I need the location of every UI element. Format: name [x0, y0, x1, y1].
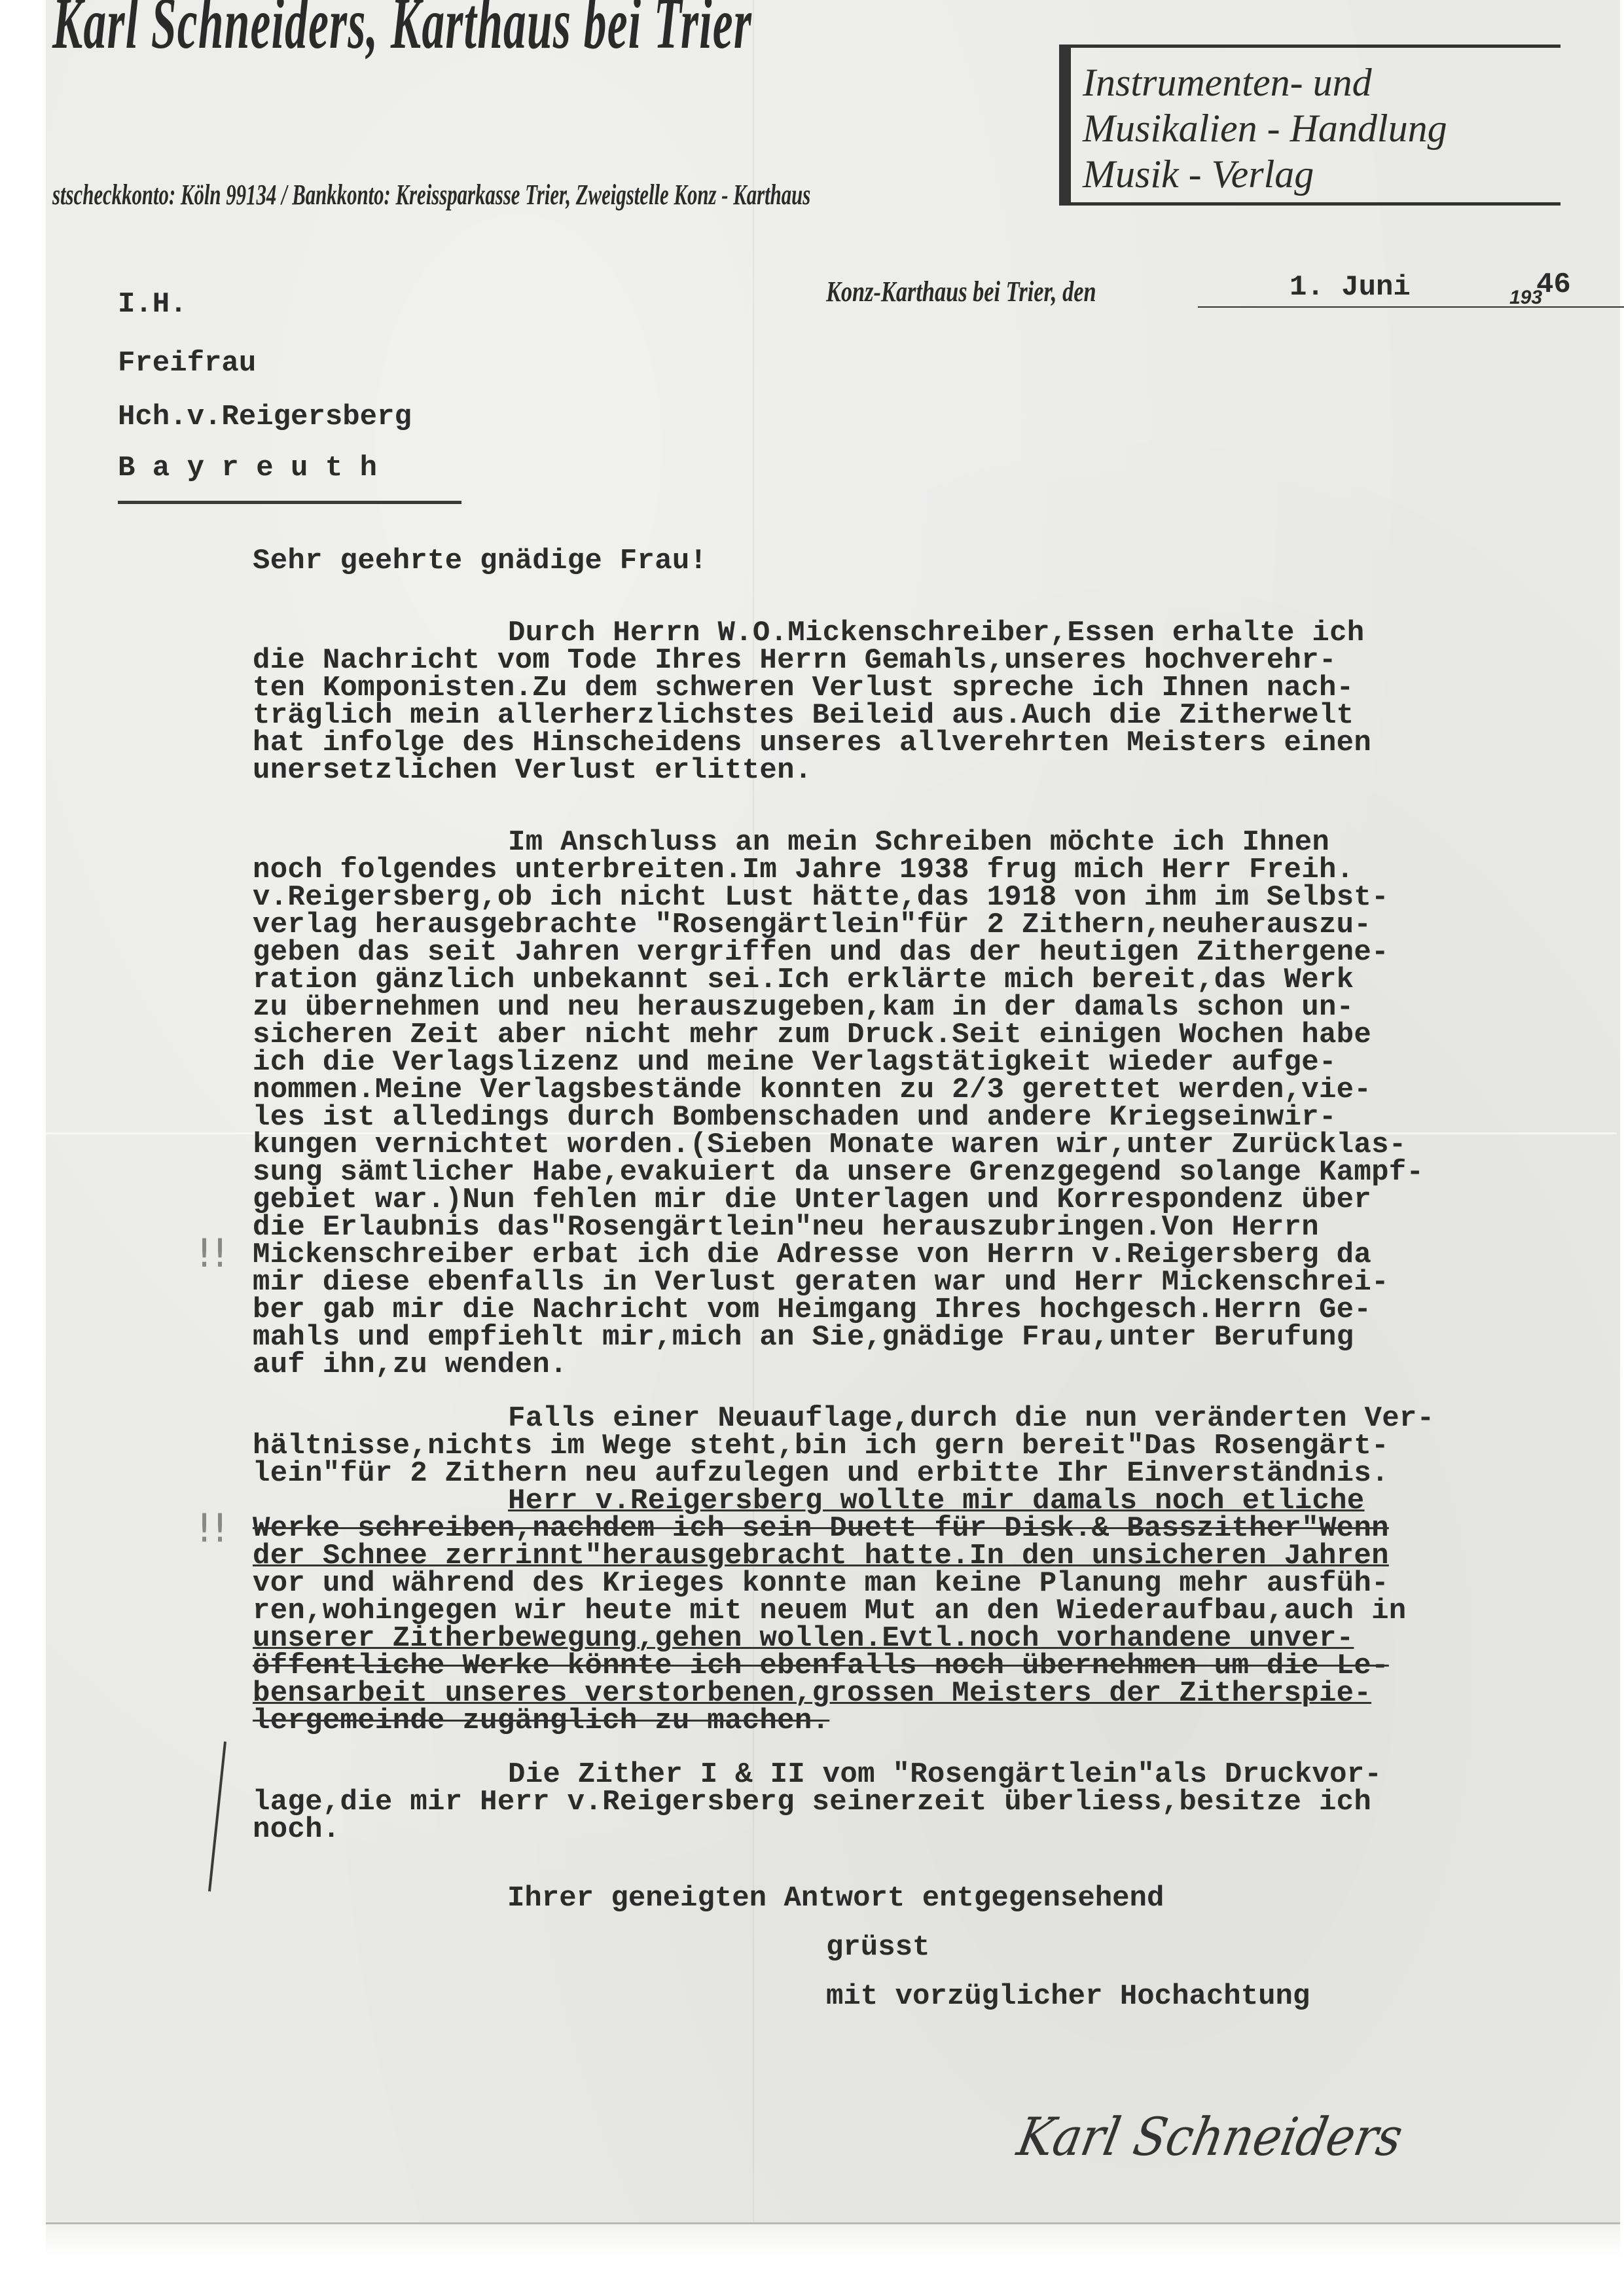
- recipient-line: I.H.: [118, 288, 187, 321]
- closing-line: grüsst: [826, 1931, 929, 1964]
- recipient-city: B a y r e u t h: [118, 452, 377, 484]
- letterhead-accounts: stscheckkonto: Köln 99134 / Bankkonto: K…: [52, 178, 810, 211]
- salutation: Sehr geehrte gnädige Frau!: [253, 545, 707, 577]
- body-line: lage,die mir Herr v.Reigersberg seinerze…: [253, 1786, 1371, 1818]
- date-rule: [1198, 306, 1624, 308]
- recipient-line: Hch.v.Reigersberg: [118, 401, 412, 433]
- date-line: Konz-Karthaus bei Trier, den 1. Juni 193…: [826, 275, 1172, 308]
- margin-exclamation-mark: !!: [196, 1506, 228, 1551]
- body-line: auf ihn,zu wenden.: [253, 1348, 568, 1381]
- business-line: Instrumenten- und: [1071, 60, 1561, 105]
- business-line: Musik - Verlag: [1071, 151, 1561, 197]
- letterhead-name: Karl Schneiders, Karthaus bei Trier: [52, 0, 752, 66]
- closing-line: Ihrer geneigten Antwort entgegensehend: [507, 1882, 1164, 1915]
- margin-exclamation-mark: !!: [196, 1231, 228, 1276]
- body-line-struck: lergemeinde zugänglich zu machen.: [253, 1705, 829, 1737]
- recipient-rule: [118, 501, 461, 504]
- closing-line: mit vorzüglicher Hochachtung: [826, 1980, 1310, 2013]
- letterhead-business-box: Instrumenten- und Musikalien - Handlung …: [1059, 45, 1561, 206]
- body-line: noch.: [253, 1813, 340, 1846]
- recipient-line: Freifrau: [118, 347, 256, 380]
- body-line: unersetzlichen Verlust erlitten.: [253, 754, 812, 787]
- date-place-label: Konz-Karthaus bei Trier, den: [826, 275, 1096, 308]
- scan-margin: [46, 2224, 1620, 2257]
- business-line: Musikalien - Handlung: [1071, 105, 1561, 151]
- date-day-month: 1. Juni: [1290, 271, 1411, 304]
- signature: Karl Schneiders: [1013, 2106, 1407, 2167]
- date-year: 46: [1536, 268, 1571, 301]
